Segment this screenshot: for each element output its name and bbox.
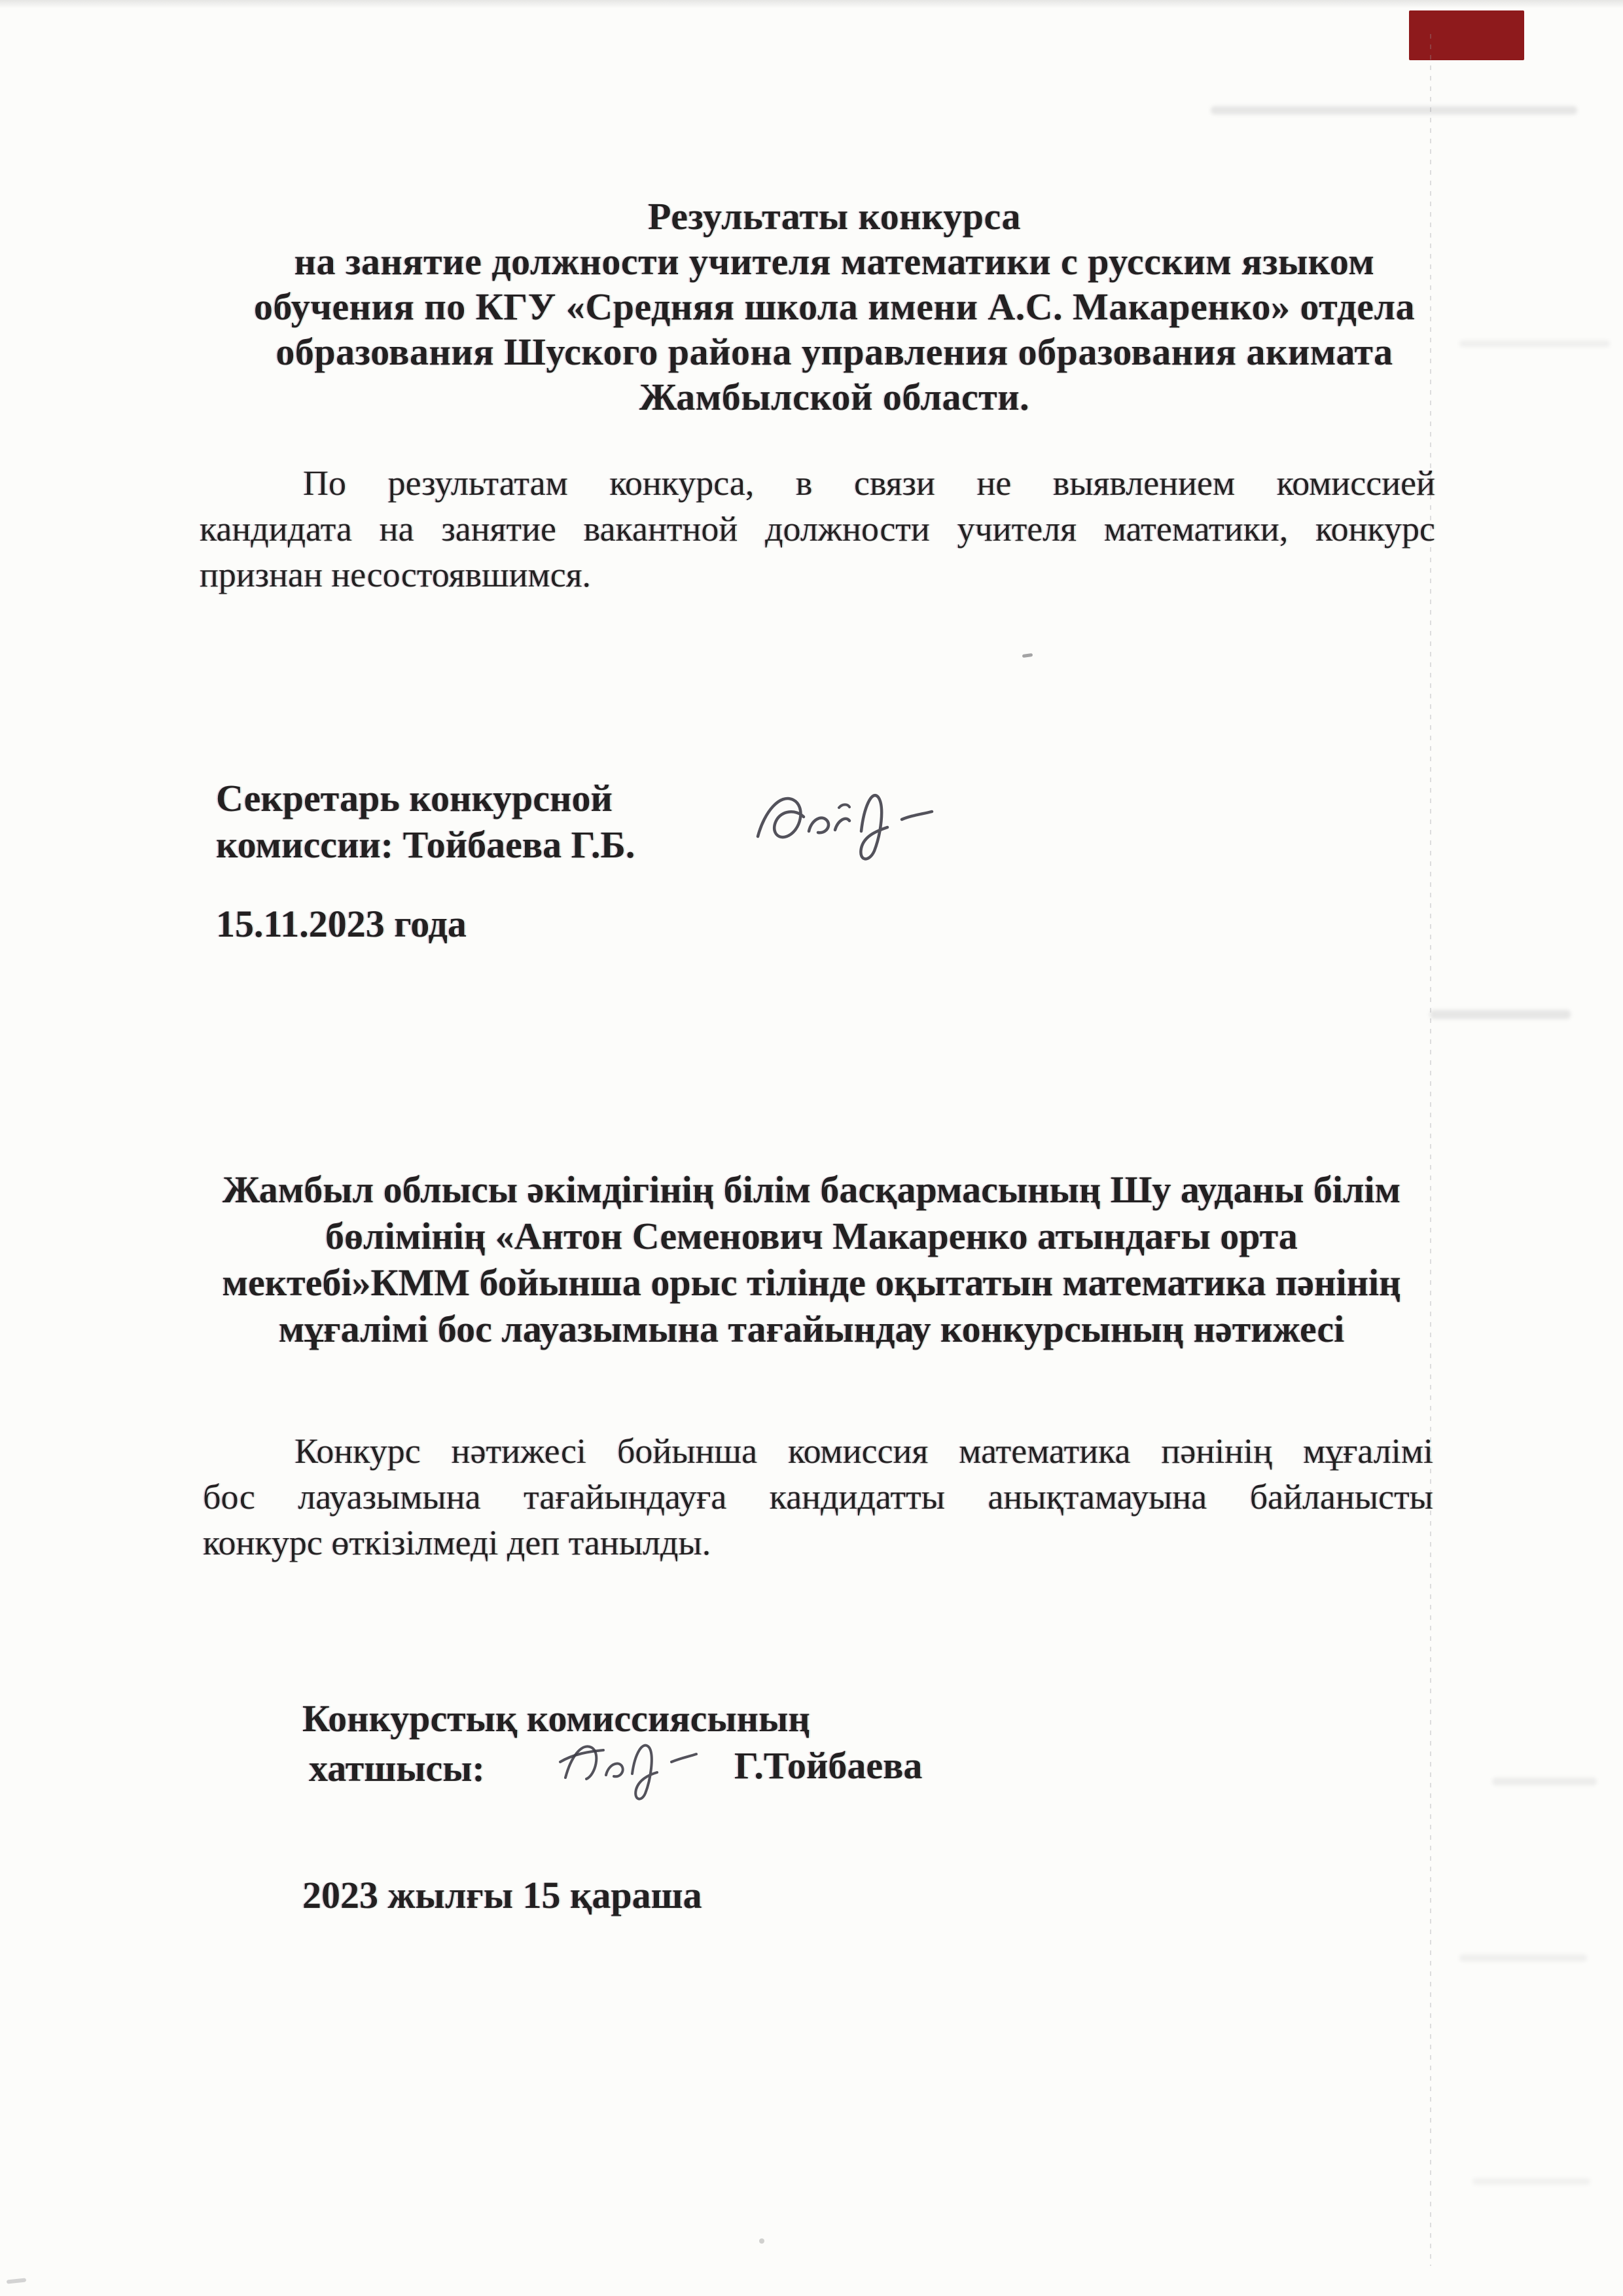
ru-title: Результаты конкурса на занятие должности…: [137, 194, 1531, 420]
ru-title-line: обучения по КГУ «Средняя школа имени А.С…: [137, 284, 1531, 329]
red-corner-mark: [1409, 10, 1524, 60]
scan-smudge: [1430, 1010, 1571, 1019]
kk-title-line: Жамбыл облысы әкімдігінің білім басқарма…: [111, 1166, 1512, 1213]
secretary-signature: [746, 771, 955, 872]
kk-paragraph-line: Конкурс нәтижесі бойынша комиссия матема…: [203, 1428, 1433, 1474]
kk-title: Жамбыл облысы әкімдігінің білім басқарма…: [111, 1166, 1512, 1352]
scan-smudge: [1472, 2178, 1590, 2185]
kk-title-line: бөлімінің «Антон Семенович Макаренко аты…: [111, 1213, 1512, 1259]
scan-speck: [759, 2238, 764, 2244]
kk-signature-role-line: хатшысы:: [309, 1746, 485, 1790]
ru-signature-role-line: Секретарь конкурсной: [216, 775, 635, 821]
kk-date: 2023 жылғы 15 қараша: [302, 1873, 702, 1917]
ru-title-line: образования Шуского района управления об…: [137, 329, 1531, 374]
ru-paragraph: По результатам конкурса, в связи не выяв…: [200, 460, 1435, 598]
ru-paragraph-line: По результатам конкурса, в связи не выяв…: [200, 460, 1435, 506]
ru-title-line: Результаты конкурса: [137, 194, 1531, 239]
scan-speck: [1022, 653, 1033, 658]
scan-edge-noise: [0, 0, 1623, 9]
ru-title-line: на занятие должности учителя математики …: [137, 239, 1531, 284]
ru-paragraph-line: признан несостоявшимся.: [200, 552, 1435, 598]
kk-paragraph-line: бос лауазымына тағайындауға кандидатты а…: [203, 1474, 1433, 1520]
ru-signature-block: Секретарь конкурсной комиссии: Тойбаева …: [216, 775, 635, 868]
kk-title-line: мұғалімі бос лауазымына тағайындау конку…: [111, 1306, 1512, 1352]
scan-smudge: [1459, 1954, 1587, 1962]
ru-date: 15.11.2023 года: [216, 902, 467, 946]
scanned-document-page: Результаты конкурса на занятие должности…: [0, 0, 1623, 2296]
kk-signer-name: Г.Тойбаева: [734, 1744, 922, 1787]
kk-paragraph: Конкурс нәтижесі бойынша комиссия матема…: [203, 1428, 1433, 1566]
kk-title-line: мектебі»КММ бойынша орыс тілінде оқытаты…: [111, 1259, 1512, 1306]
scan-smudge: [1211, 106, 1577, 115]
ru-title-line: Жамбылской области.: [137, 374, 1531, 420]
kk-paragraph-line: конкурс өткізілмеді деп танылды.: [203, 1520, 1433, 1566]
scan-smudge: [1492, 1778, 1597, 1785]
ru-signature-role-line: комиссии: Тойбаева Г.Б.: [216, 821, 635, 868]
ru-paragraph-line: кандидата на занятие вакантной должности…: [200, 506, 1435, 552]
secretary-signature-kk: [555, 1720, 725, 1808]
scan-speck: [7, 2278, 26, 2284]
